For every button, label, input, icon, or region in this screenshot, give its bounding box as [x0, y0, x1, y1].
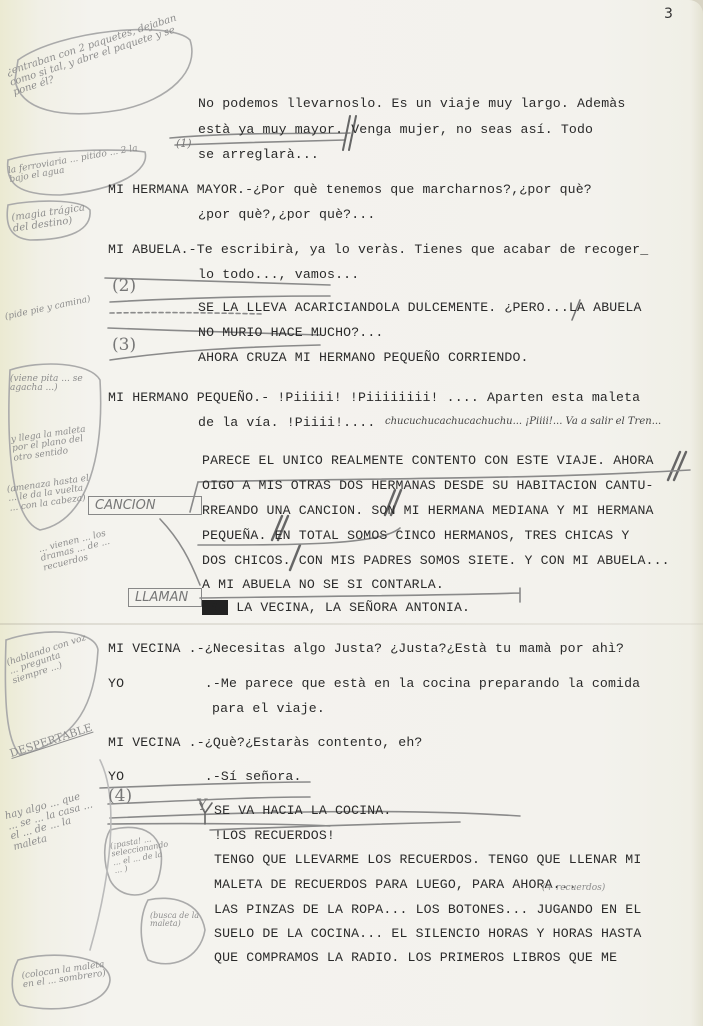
- stage-direction: NO MURIO HACE MUCHO?...: [198, 325, 383, 341]
- marker-4: (4): [108, 788, 132, 806]
- script-line: No podemos llevarnoslo. Es un viaje muy …: [198, 96, 625, 112]
- stage-direction: SE VA HACIA LA COCINA.: [214, 803, 391, 819]
- manuscript-page: 3: [0, 0, 703, 1026]
- above-line-insert: (+ recuerdos): [542, 884, 605, 893]
- stage-direction-vecina: ES LA VECINA, LA SEÑORA ANTONIA.: [202, 600, 470, 616]
- marker-2: (2): [112, 278, 136, 296]
- dialogue-line-vecina: MI VECINA .-¿Què?¿Estaràs contento, eh?: [108, 735, 423, 751]
- label-cancion-box: CANCION: [88, 496, 202, 515]
- dialogue-line-yo: YO .-Me parece que està en la cocina pre…: [108, 676, 640, 692]
- dialogue-line-hermano-pequeno: MI HERMANO PEQUEÑO.- !Piiiii! !Piiiiiiii…: [108, 390, 640, 406]
- script-line: lo todo..., vamos...: [198, 267, 359, 283]
- margin-note: (viene pita ... se agacha ...): [10, 375, 90, 394]
- marker-3: (3): [112, 337, 136, 355]
- marker-y: Y: [197, 797, 208, 814]
- ink-blot: [218, 600, 228, 615]
- script-line: ¿por què?,¿por què?...: [198, 207, 375, 223]
- stage-direction: DOS CHICOS. CON MIS PADRES SOMOS SIETE. …: [202, 553, 670, 569]
- stage-direction: !LOS RECUERDOS!: [214, 828, 335, 844]
- stage-direction: OIGO A MIS OTRAS DOS HERMANAS DESDE SU H…: [202, 478, 654, 494]
- stage-direction: LAS PINZAS DE LA ROPA... LOS BOTONES... …: [214, 902, 641, 918]
- dialogue-line-yo: YO .-Sí señora.: [108, 769, 302, 785]
- struck-out-text: ES: [202, 600, 218, 615]
- stage-direction: MALETA DE RECUERDOS PARA LUEGO, PARA AHO…: [214, 877, 577, 893]
- dialogue-line-hermana-mayor: MI HERMANA MAYOR.-¿Por què tenemos que m…: [108, 182, 592, 198]
- script-line-text: LA VECINA, LA SEÑORA ANTONIA.: [236, 600, 470, 615]
- script-line: se arreglarà...: [198, 147, 319, 163]
- stage-direction: QUE COMPRAMOS LA RADIO. LOS PRIMEROS LIB…: [214, 950, 617, 966]
- marker-1: (1): [176, 138, 192, 150]
- stage-direction: AHORA CRUZA MI HERMANO PEQUEÑO CORRIENDO…: [198, 350, 529, 366]
- dialogue-line-vecina: MI VECINA .-¿Necesitas algo Justa? ¿Just…: [108, 641, 624, 657]
- margin-note: (busca de la maleta): [150, 912, 200, 929]
- label-llaman-box: LLAMAN: [128, 588, 202, 607]
- script-line: para el viaje.: [212, 701, 325, 717]
- stage-direction: TENGO QUE LLEVARME LOS RECUERDOS. TENGO …: [214, 852, 641, 868]
- stage-direction: SE LA LLEVA ACARICIANDOLA DULCEMENTE. ¿P…: [198, 300, 642, 316]
- stage-direction: PEQUEÑA. EN TOTAL SOMOS CINCO HERMANOS, …: [202, 528, 629, 544]
- script-line: està ya muy mayor. Venga mujer, no seas …: [198, 122, 593, 138]
- stage-direction: SUELO DE LA COCINA... EL SILENCIO HORAS …: [214, 926, 641, 942]
- stage-direction: A MI ABUELA NO SE SI CONTARLA.: [202, 577, 444, 593]
- stage-direction: RREANDO UNA CANCION. SON MI HERMANA MEDI…: [202, 503, 654, 519]
- inline-handwriting: chucuchucachucachuchu... ¡Piiii!... Va a…: [385, 417, 661, 428]
- dialogue-line-abuela: MI ABUELA.-Te escribirà, ya lo veràs. Ti…: [108, 242, 648, 258]
- script-line: de la vía. !Piiii!....: [198, 415, 375, 431]
- stage-direction: PARECE EL UNICO REALMENTE CONTENTO CON E…: [202, 453, 654, 469]
